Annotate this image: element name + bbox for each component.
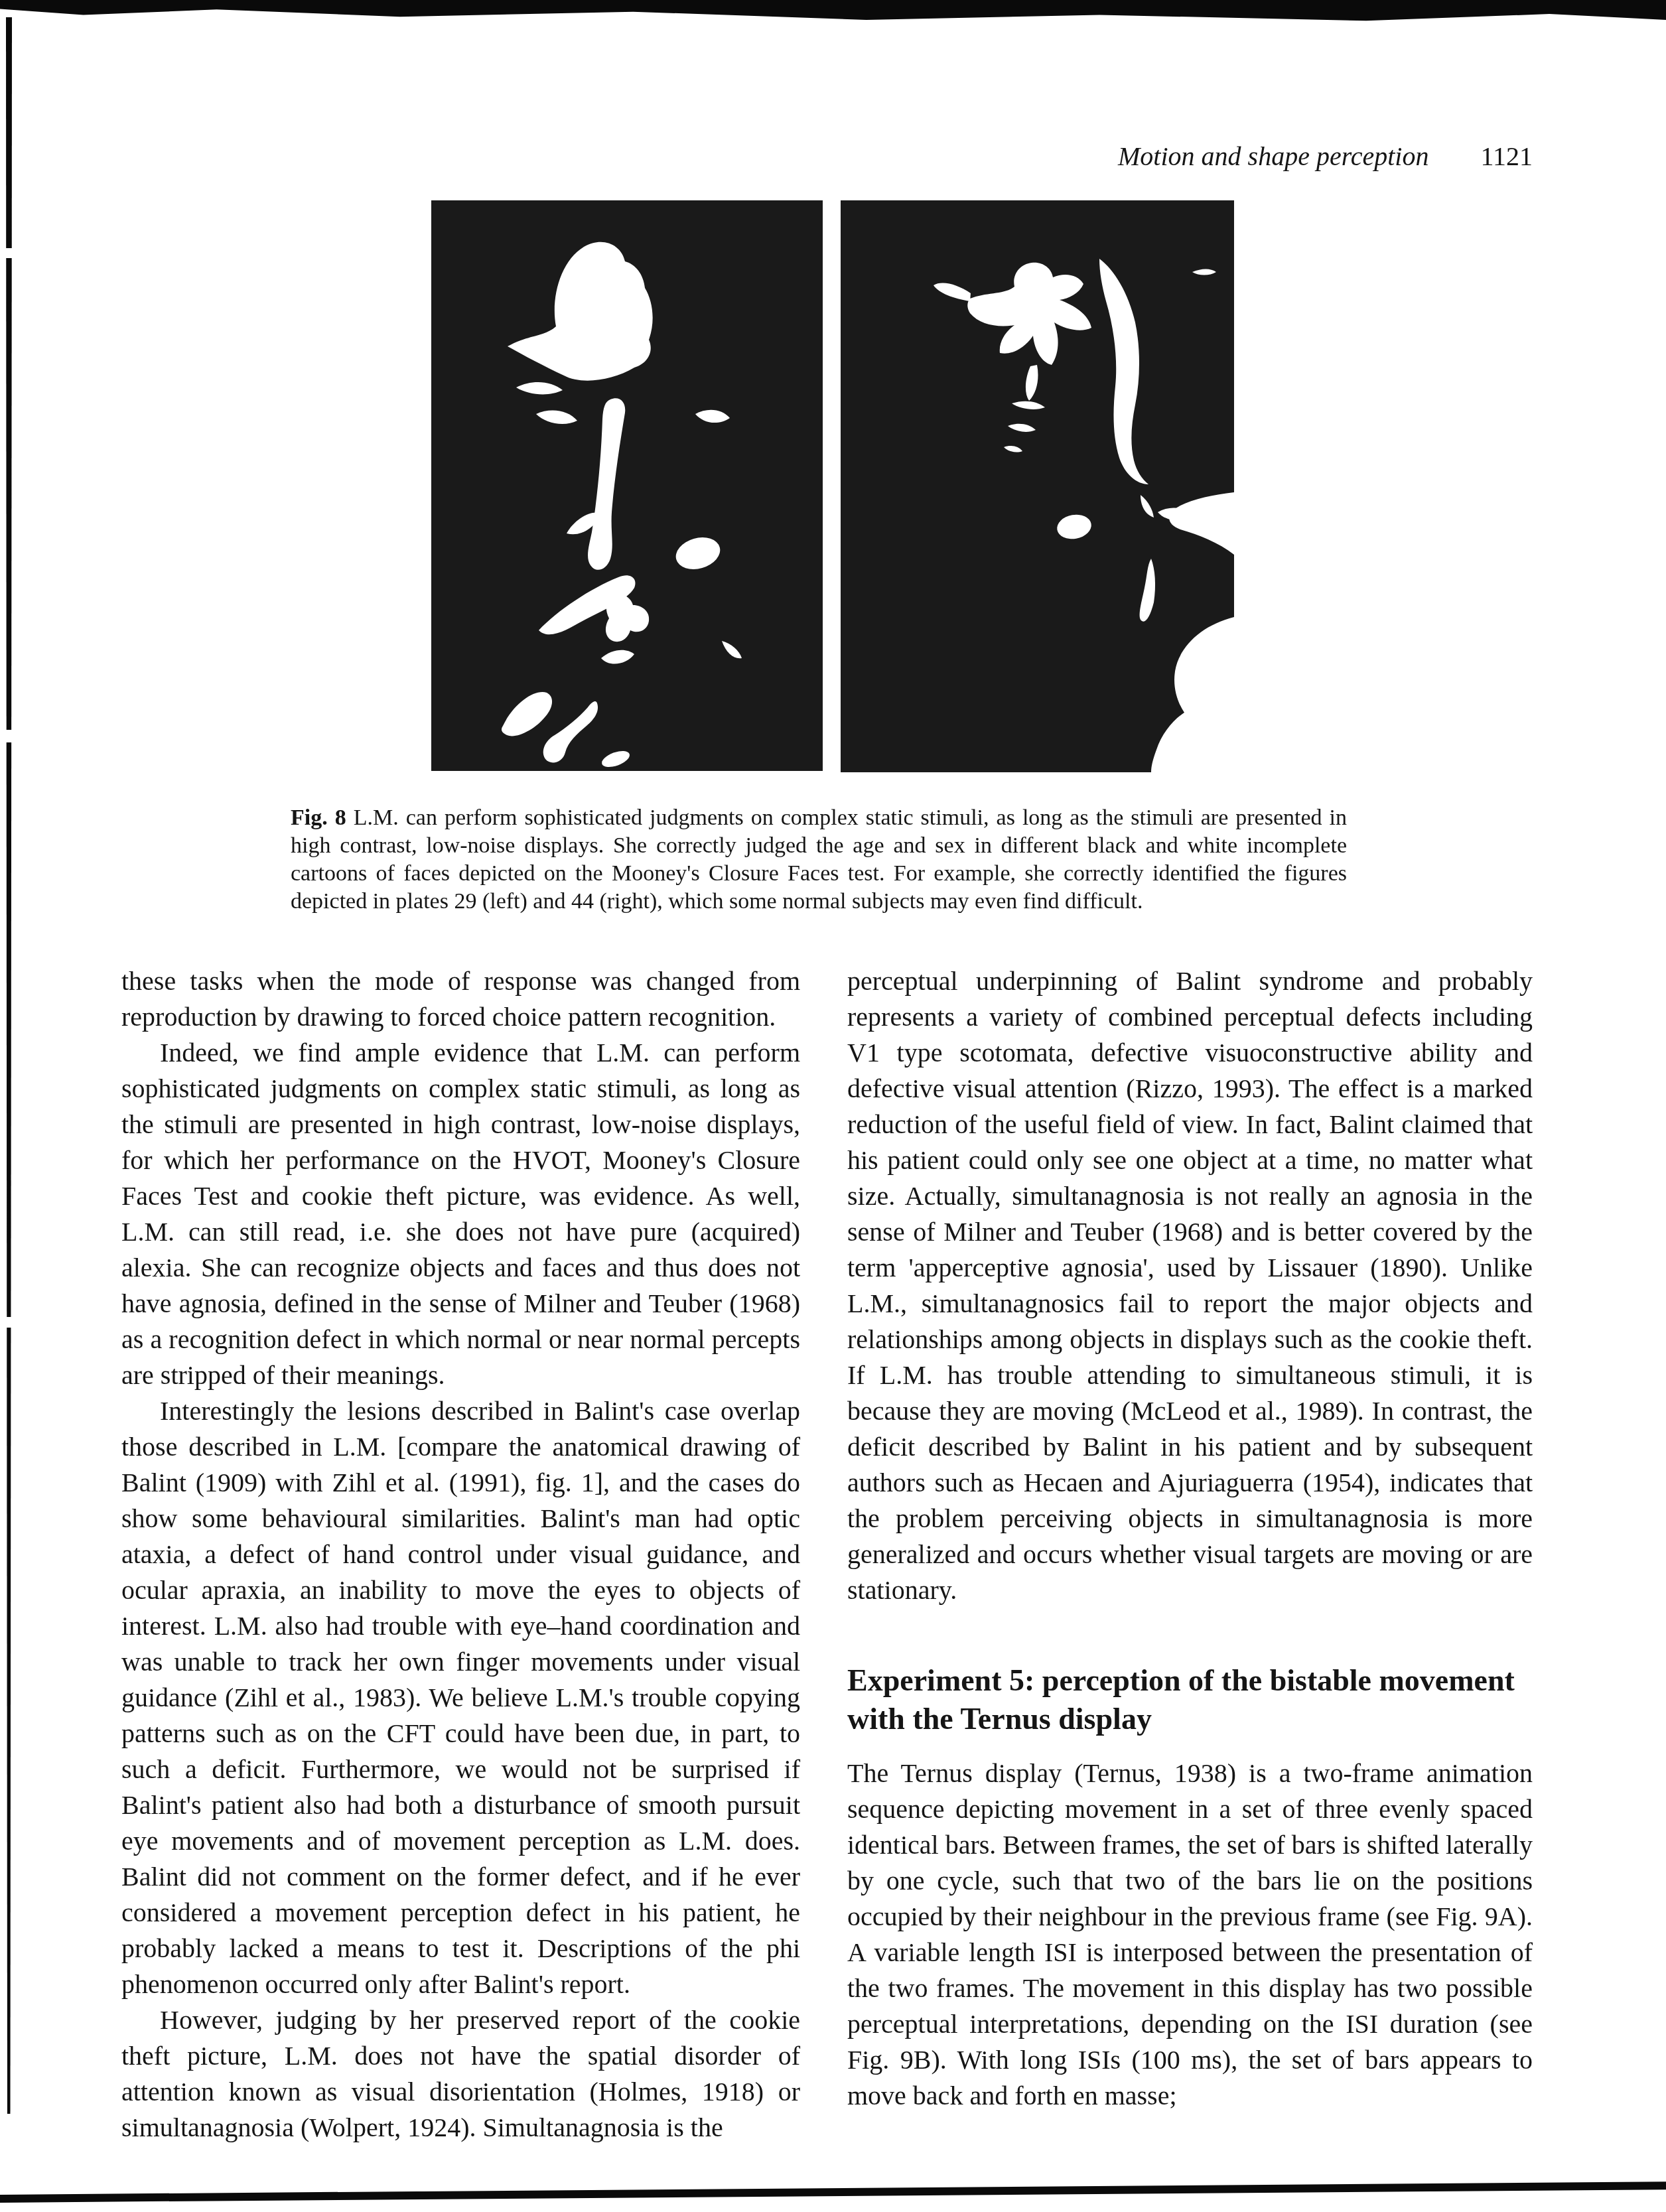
running-title: Motion and shape perception (1118, 141, 1428, 171)
body-column-right: perceptual underpinning of Balint syndro… (847, 963, 1533, 2114)
page-number: 1121 (1480, 141, 1533, 171)
scanned-journal-page: Motion and shape perception1121 (0, 0, 1666, 2212)
paragraph: However, judging by her preserved report… (121, 2002, 800, 2146)
section-heading-experiment-5: Experiment 5: perception of the bistable… (847, 1661, 1533, 1738)
figure-8 (431, 200, 1234, 772)
mooney-plate-29-image (431, 200, 823, 771)
running-head: Motion and shape perception1121 (847, 141, 1533, 173)
paragraph: Indeed, we find ample evidence that L.M.… (121, 1035, 800, 1393)
mooney-plate-44-graphic (841, 200, 1234, 772)
body-column-left: these tasks when the mode of response wa… (121, 963, 800, 2146)
paragraph: perceptual underpinning of Balint syndro… (847, 963, 1533, 1608)
scan-artifact-top-edge (0, 0, 1666, 23)
paragraph: these tasks when the mode of response wa… (121, 963, 800, 1035)
figure-caption-text: L.M. can perform sophisticated judgments… (291, 805, 1347, 914)
scan-artifact-bottom-edge (0, 2181, 1666, 2203)
figure-8-caption: Fig. 8 L.M. can perform sophisticated ju… (291, 804, 1347, 916)
mooney-plate-44-image (841, 200, 1234, 772)
paragraph: The Ternus display (Ternus, 1938) is a t… (847, 1756, 1533, 2114)
paragraph: Interestingly the lesions described in B… (121, 1393, 800, 2002)
figure-caption-label: Fig. 8 (291, 805, 346, 830)
mooney-plate-29-graphic (431, 200, 823, 771)
scan-artifact-left-edge (6, 17, 12, 2114)
